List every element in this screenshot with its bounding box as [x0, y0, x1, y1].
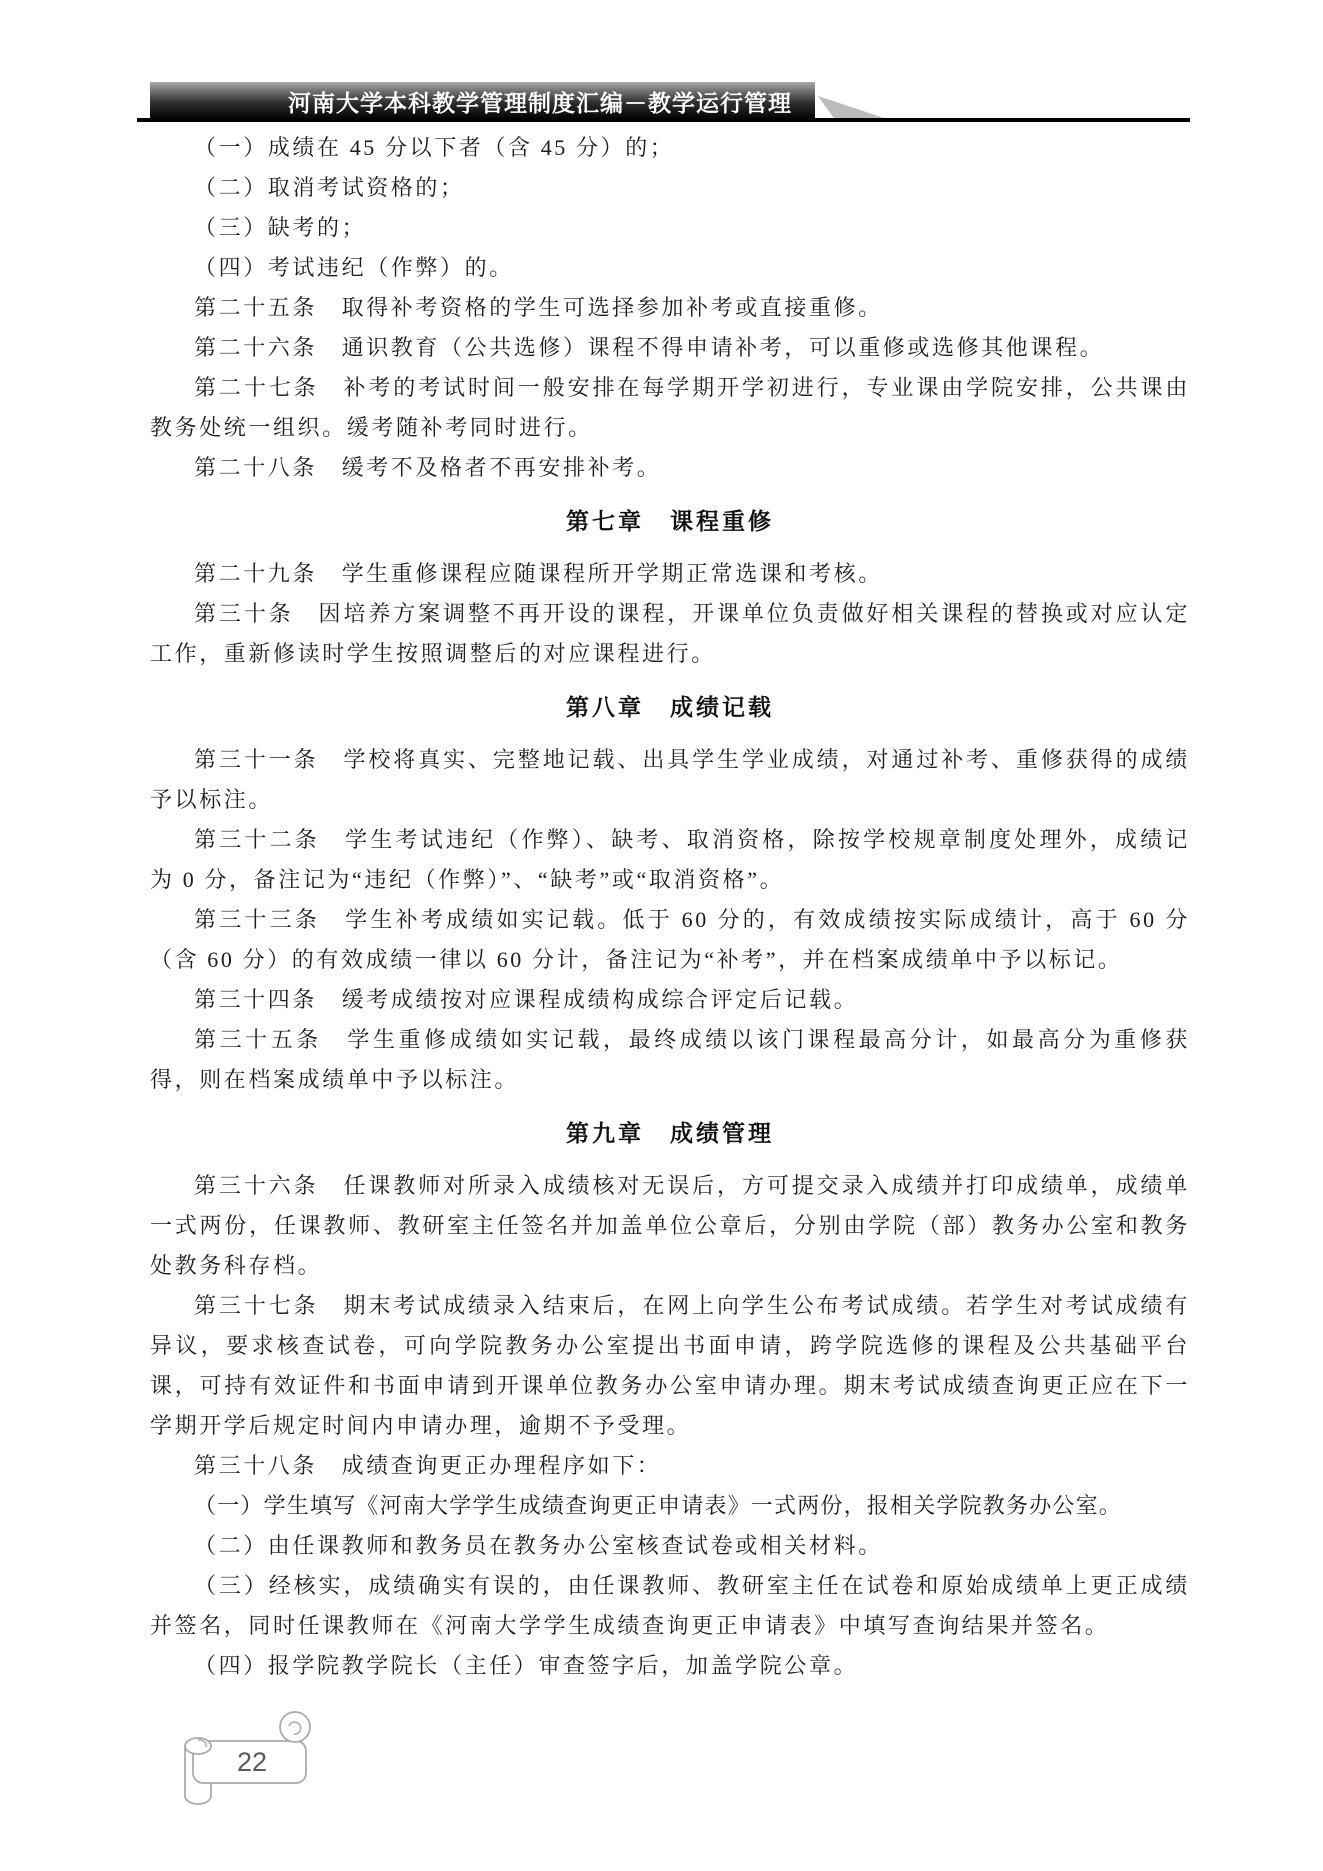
list-item: （三）缺考的；	[150, 208, 1190, 248]
article-paragraph: 第二十九条 学生重修课程应随课程所开学期正常选课和考核。	[150, 554, 1190, 594]
list-item: （一）学生填写《河南大学学生成绩查询更正申请表》一式两份，报相关学院教务办公室。	[150, 1486, 1190, 1526]
chapter-heading: 第九章 成绩管理	[150, 1113, 1190, 1153]
chapter-heading: 第七章 课程重修	[150, 501, 1190, 541]
article-paragraph: 第三十一条 学校将真实、完整地记载、出具学生学业成绩，对通过补考、重修获得的成绩…	[150, 740, 1190, 820]
article-paragraph: 第三十条 因培养方案调整不再开设的课程，开课单位负责做好相关课程的替换或对应认定…	[150, 594, 1190, 674]
list-item: （一）成绩在 45 分以下者（含 45 分）的；	[150, 128, 1190, 168]
document-body: （一）成绩在 45 分以下者（含 45 分）的； （二）取消考试资格的； （三）…	[150, 128, 1190, 1686]
header-rule-line	[137, 118, 1190, 122]
page-number: 22	[237, 1747, 267, 1777]
list-item: （三）经核实，成绩确实有误的，由任课教师、教研室主任在试卷和原始成绩单上更正成绩…	[150, 1566, 1190, 1646]
document-page: 河南大学本科教学管理制度汇编－教学运行管理 （一）成绩在 45 分以下者（含 4…	[0, 0, 1323, 1871]
article-paragraph: 第三十二条 学生考试违纪（作弊）、缺考、取消资格，除按学校规章制度处理外，成绩记…	[150, 820, 1190, 900]
page-number-scroll: 22	[165, 1710, 315, 1810]
list-item: （四）报学院教学院长（主任）审查签字后，加盖学院公章。	[150, 1646, 1190, 1686]
article-paragraph: 第二十五条 取得补考资格的学生可选择参加补考或直接重修。	[150, 288, 1190, 328]
list-item: （二）取消考试资格的；	[150, 168, 1190, 208]
header-banner: 河南大学本科教学管理制度汇编－教学运行管理	[150, 82, 815, 120]
chapter-heading: 第八章 成绩记载	[150, 687, 1190, 727]
list-item: （二）由任课教师和教务员在教务办公室核查试卷或相关材料。	[150, 1526, 1190, 1566]
article-paragraph: 第三十六条 任课教师对所录入成绩核对无误后，方可提交录入成绩并打印成绩单，成绩单…	[150, 1166, 1190, 1286]
header-arrow-decoration	[818, 96, 890, 120]
list-item: （四）考试违纪（作弊）的。	[150, 248, 1190, 288]
article-paragraph: 第三十四条 缓考成绩按对应课程成绩构成综合评定后记载。	[150, 980, 1190, 1020]
article-paragraph: 第三十七条 期末考试成绩录入结束后，在网上向学生公布考试成绩。若学生对考试成绩有…	[150, 1286, 1190, 1446]
article-paragraph: 第三十五条 学生重修成绩如实记载，最终成绩以该门课程最高分计，如最高分为重修获得…	[150, 1020, 1190, 1100]
article-paragraph: 第二十七条 补考的考试时间一般安排在每学期开学初进行，专业课由学院安排，公共课由…	[150, 368, 1190, 448]
header-title: 河南大学本科教学管理制度汇编－教学运行管理	[288, 85, 792, 118]
scroll-icon: 22	[165, 1710, 315, 1810]
article-paragraph: 第二十八条 缓考不及格者不再安排补考。	[150, 448, 1190, 488]
article-paragraph: 第三十三条 学生补考成绩如实记载。低于 60 分的，有效成绩按实际成绩计，高于 …	[150, 900, 1190, 980]
article-paragraph: 第三十八条 成绩查询更正办理程序如下：	[150, 1446, 1190, 1486]
article-paragraph: 第二十六条 通识教育（公共选修）课程不得申请补考，可以重修或选修其他课程。	[150, 328, 1190, 368]
